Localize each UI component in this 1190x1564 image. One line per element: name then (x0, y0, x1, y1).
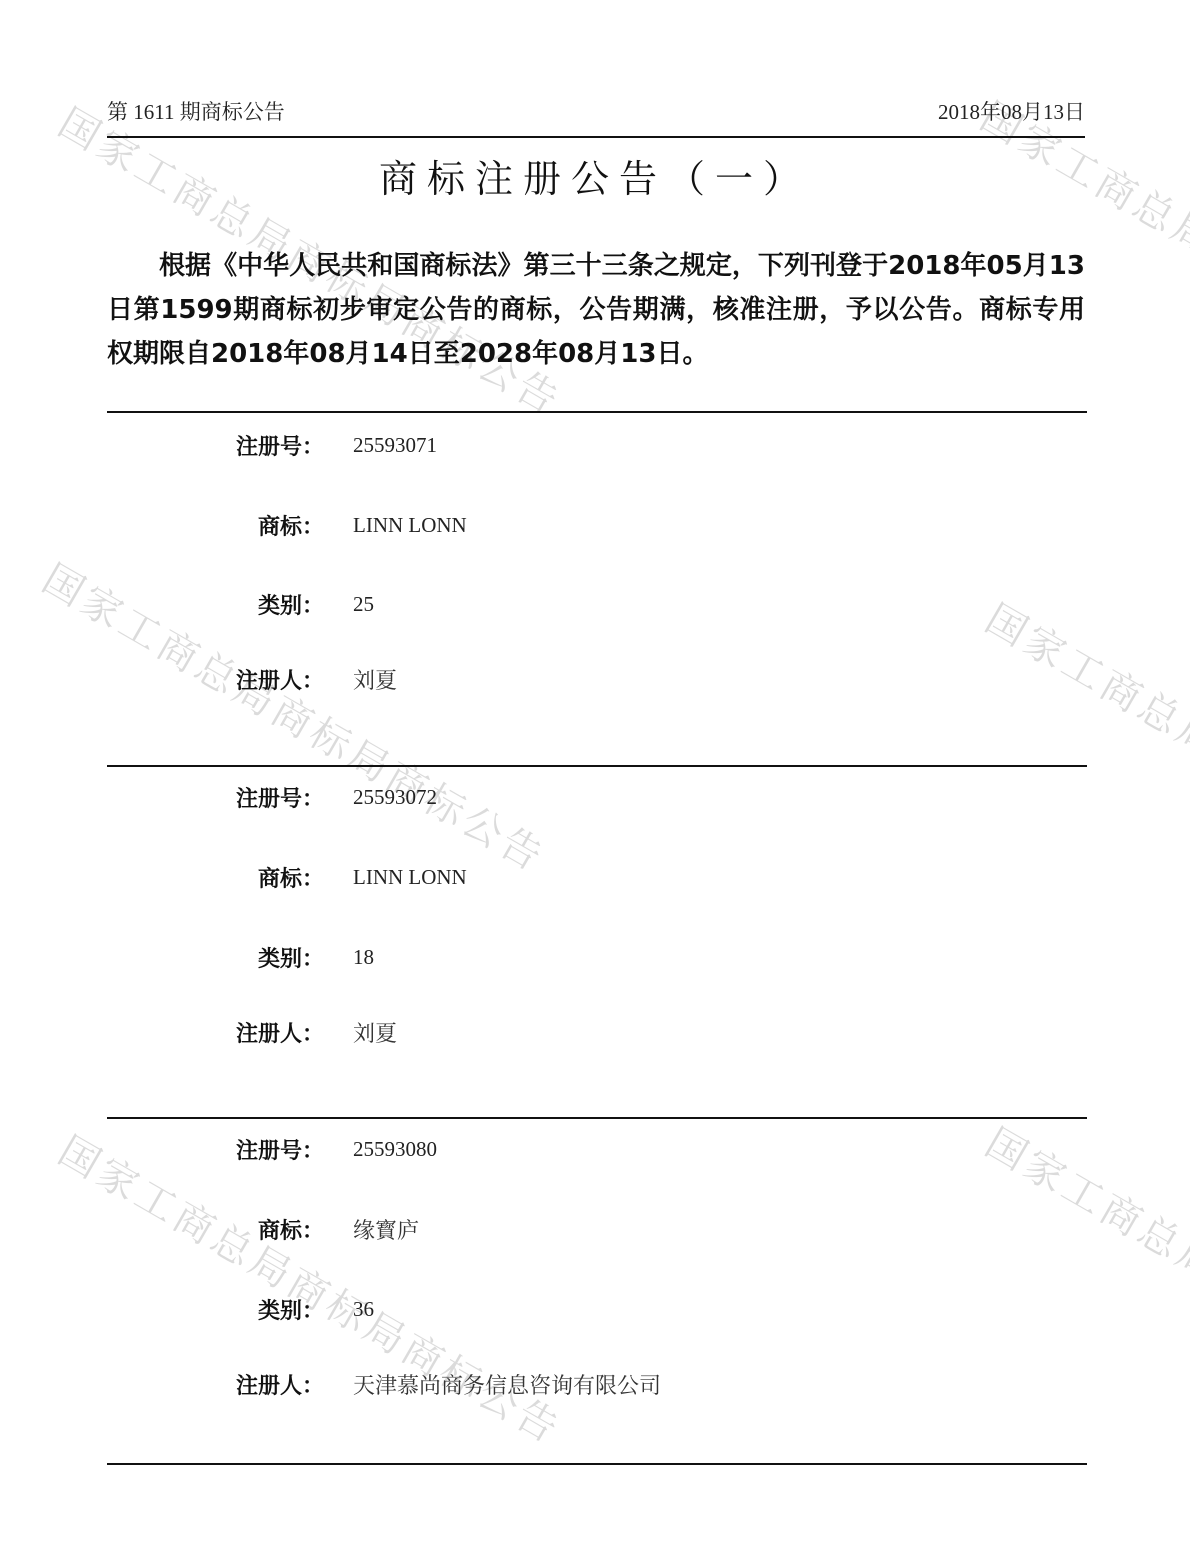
class-label: 类别： (200, 1294, 324, 1325)
reg-no-value: 25593072 (353, 785, 437, 810)
trademark-label: 商标： (200, 510, 324, 541)
registrant-value: 刘夏 (353, 1017, 397, 1048)
registrant-label: 注册人： (200, 1017, 324, 1048)
issue-date: 2018年08月13日 (938, 96, 1085, 126)
watermark: 国家工商总局商标局商标公告 (977, 588, 1190, 923)
trademark-value: LINN LONN (353, 513, 467, 538)
reg-no-label: 注册号： (200, 1134, 324, 1165)
reg-no-value: 25593071 (353, 433, 437, 458)
registrant-value: 刘夏 (353, 664, 397, 695)
trademark-value: 缘寳庐 (353, 1214, 419, 1245)
registrant-value: 天津慕尚商务信息咨询有限公司 (353, 1369, 661, 1400)
registrant-label: 注册人： (200, 664, 324, 695)
watermark: 国家工商总局商标局商标公告 (977, 1112, 1190, 1447)
class-label: 类别： (200, 589, 324, 620)
class-value: 36 (353, 1297, 374, 1322)
divider (107, 411, 1087, 413)
divider (107, 765, 1087, 767)
page-title: 商标注册公告（一） (0, 148, 1190, 203)
trademark-label: 商标： (200, 862, 324, 893)
reg-no-value: 25593080 (353, 1137, 437, 1162)
trademark-value: LINN LONN (353, 865, 467, 890)
divider (107, 1117, 1087, 1119)
class-value: 18 (353, 945, 374, 970)
class-value: 25 (353, 592, 374, 617)
issue-number: 第 1611 期商标公告 (107, 96, 285, 126)
registrant-label: 注册人： (200, 1369, 324, 1400)
watermark: 国家工商总局商标局商标公告 (50, 1120, 574, 1455)
divider (107, 1463, 1087, 1465)
page-header: 第 1611 期商标公告 2018年08月13日 (107, 96, 1085, 138)
trademark-label: 商标： (200, 1214, 324, 1245)
class-label: 类别： (200, 942, 324, 973)
reg-no-label: 注册号： (200, 782, 324, 813)
intro-paragraph: 根据《中华人民共和国商标法》第三十三条之规定，下列刊登于2018年05月13日第… (107, 244, 1085, 376)
reg-no-label: 注册号： (200, 430, 324, 461)
